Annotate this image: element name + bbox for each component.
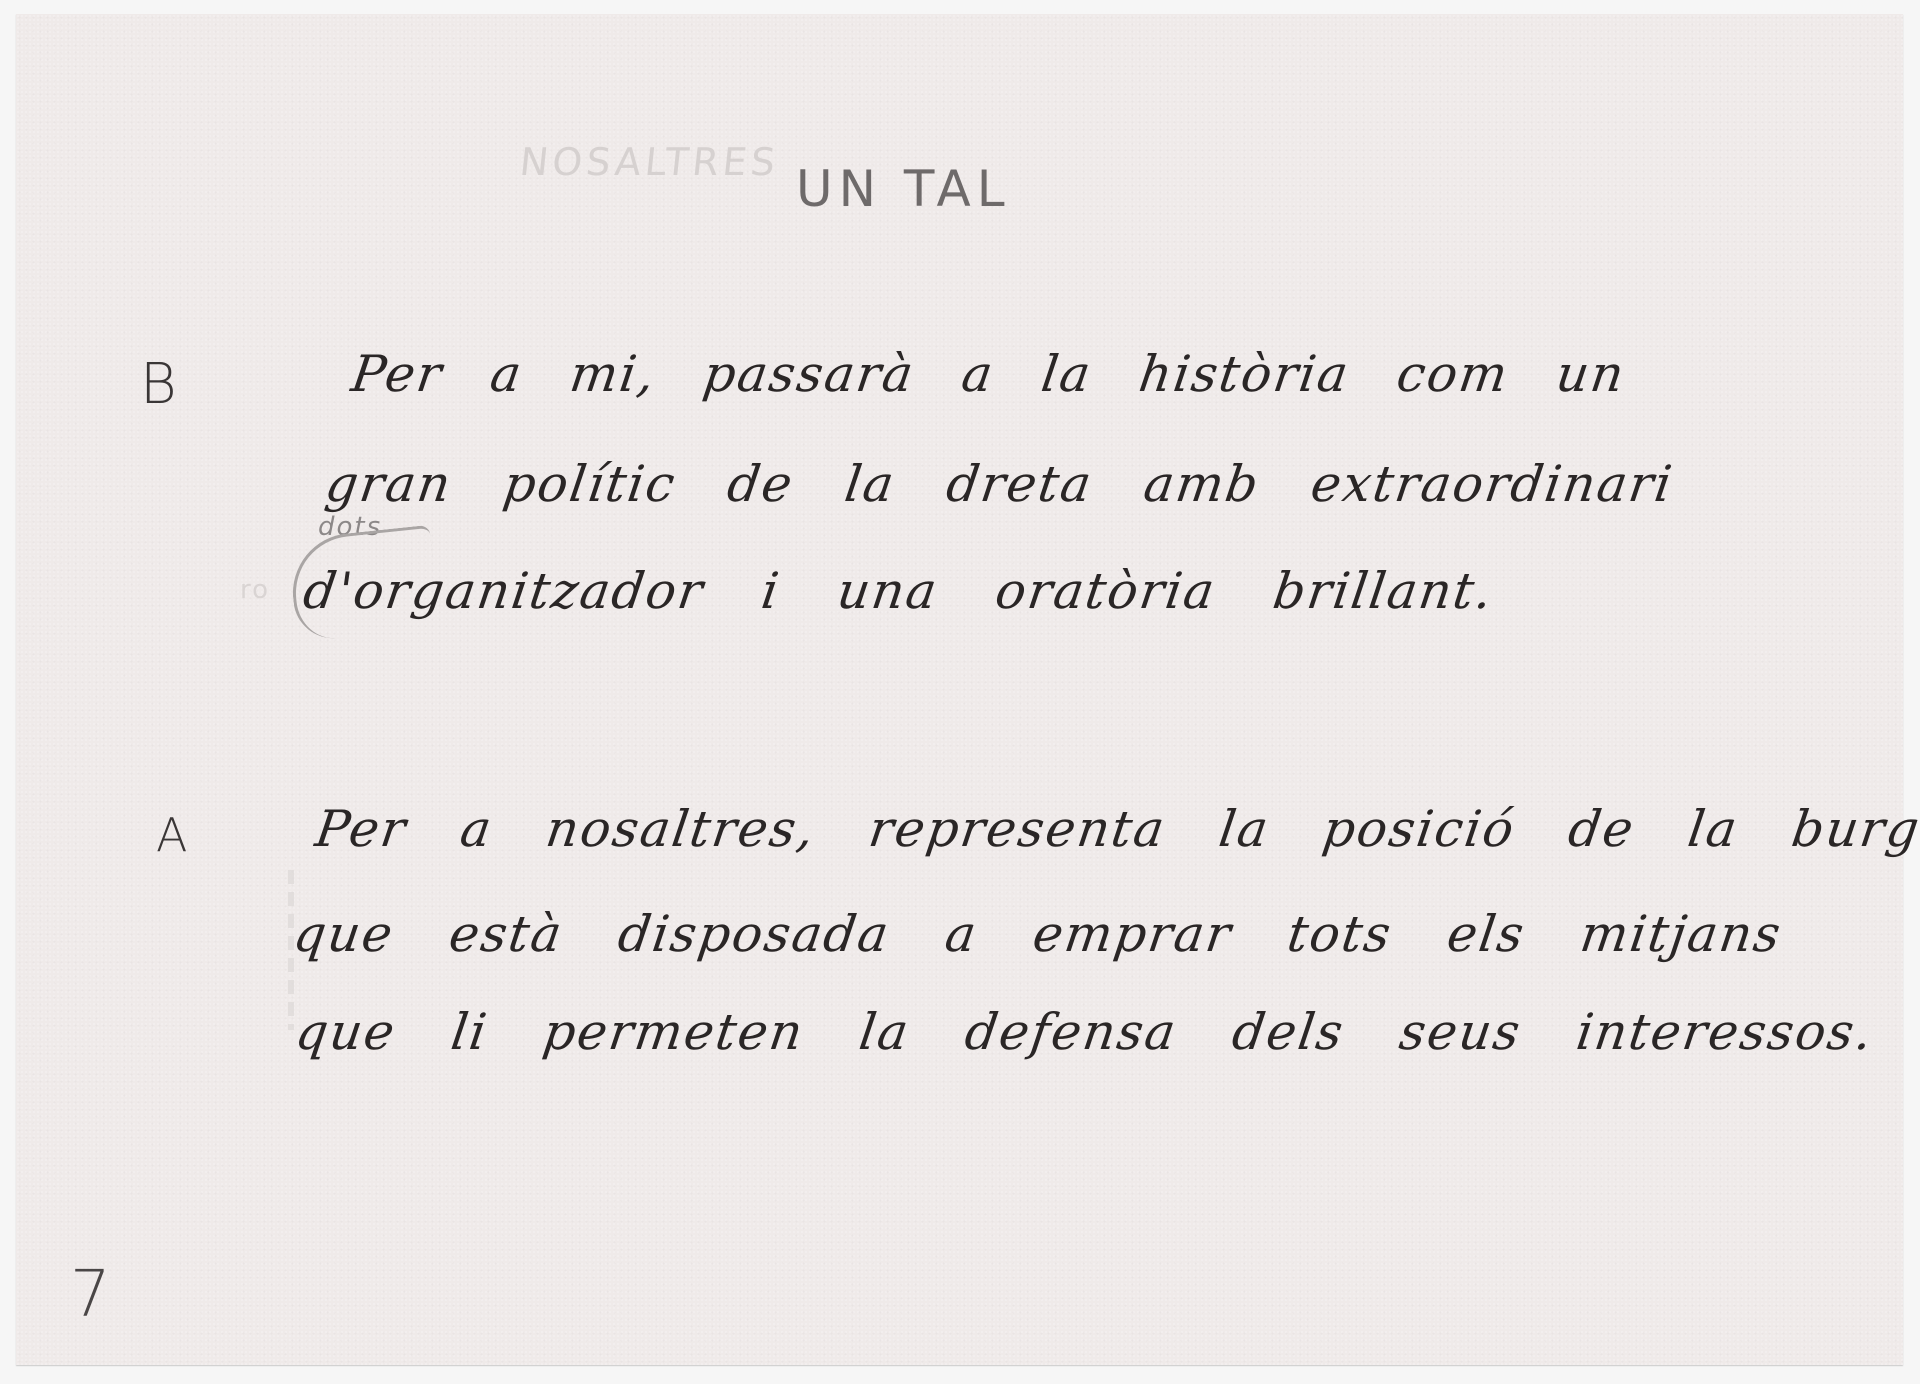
page-number: 7: [70, 1258, 113, 1332]
section-marker-a: A: [156, 808, 189, 862]
page-title: UN TAL: [796, 160, 1011, 218]
section-marker-b: B: [140, 352, 179, 417]
margin-ghost-text: ro: [240, 575, 270, 605]
section-a-line-3: que li permeten la defensa dels seus int…: [292, 1003, 1877, 1061]
section-a-line-2: que està disposada a emprar tots els mit…: [290, 905, 1786, 963]
section-b-line-2: gran polític de la dreta amb extraordina…: [322, 455, 1677, 513]
section-a-line-1: Per a nosaltres, representa la posició d…: [312, 800, 1920, 858]
erased-heading: NOSALTRES: [518, 140, 781, 184]
section-b-line-3: d'organitzador i una oratòria brillant.: [300, 562, 1498, 620]
section-b-line-1: Per a mi, passarà a la història com un: [348, 345, 1629, 403]
